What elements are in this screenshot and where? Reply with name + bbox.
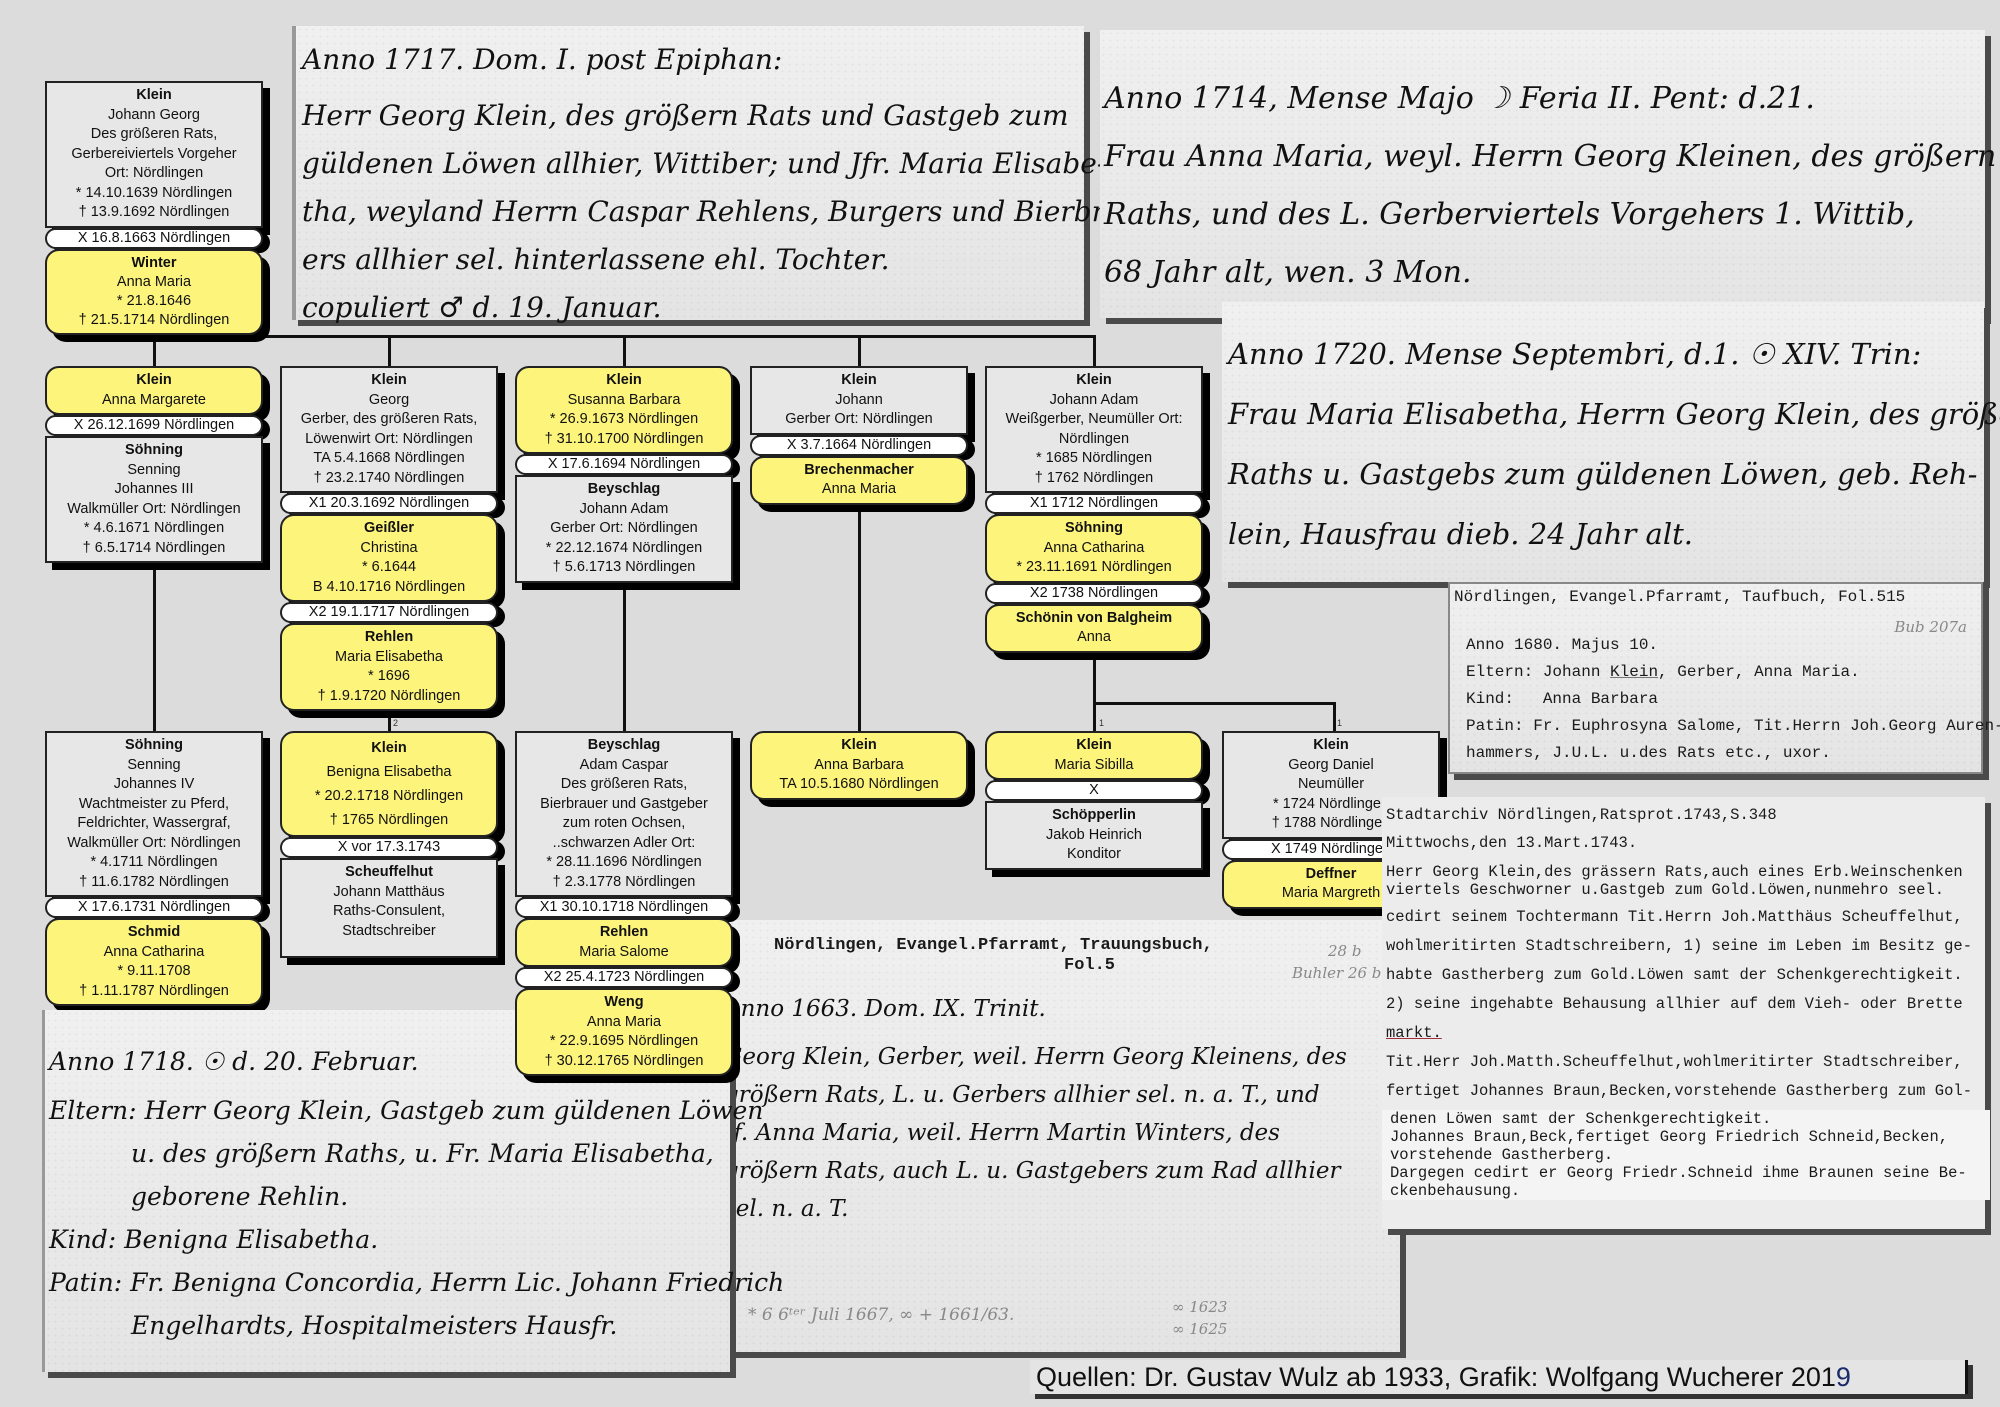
- doc-line: Frau Anna Maria, weyl. Herrn Georg Klein…: [1104, 128, 1996, 186]
- person-card[interactable]: Klein Georg Gerber, des größeren Rats, L…: [280, 366, 498, 493]
- doc-line: hammers, J.U.L. u.des Rats etc., uxor.: [1466, 740, 2000, 767]
- family-grandchild-4: Klein Anna Barbara TA 10.5.1680 Nördling…: [750, 731, 968, 800]
- surname: Schönin von Balgheim: [991, 609, 1197, 629]
- doc-line: Anno 1717. Dom. I. post Epiphan:: [302, 36, 1149, 84]
- family-grandchild-3: Beyschlag Adam Caspar Des größeren Rats,…: [515, 731, 733, 1076]
- doc-line: tha, weyland Herrn Caspar Rehlens, Burge…: [302, 188, 1149, 236]
- given-name: Johann: [756, 391, 962, 411]
- given-name: Johann Adam: [521, 500, 727, 520]
- detail: * 4.6.1671 Nördlingen: [51, 519, 257, 539]
- connector: [858, 490, 861, 733]
- doc-line: Kind: Anna Barbara: [1466, 686, 2000, 713]
- connector: [1333, 702, 1336, 733]
- detail: † 2.3.1778 Nördlingen: [521, 873, 727, 893]
- surname: Scheuffelhut: [286, 863, 492, 883]
- detail: † 30.12.1765 Nördlingen: [521, 1052, 727, 1072]
- doc-line: Raths, und des L. Gerberviertels Vorgehe…: [1104, 186, 1996, 244]
- doc-line: u. des größern Raths, u. Fr. Maria Elisa…: [49, 1132, 784, 1175]
- detail: Bierbrauer und Gastgeber: [521, 795, 727, 815]
- surname: Rehlen: [521, 923, 727, 943]
- given-name: Maria Sibilla: [991, 756, 1197, 776]
- doc-title: Nördlingen, Evangel.Pfarramt, Taufbuch, …: [1454, 588, 1905, 606]
- doc-line: wohlmeritirten Stadtschreibern, 1) seine…: [1386, 932, 1990, 961]
- person-card[interactable]: Söhning Anna Catharina * 23.11.1691 Nörd…: [985, 514, 1203, 583]
- doc-line: Mittwochs,den 13.Mart.1743.: [1386, 829, 1990, 857]
- given-name: Anna Margarete: [51, 391, 257, 411]
- person-card[interactable]: Klein Benigna Elisabetha * 20.2.1718 Nör…: [280, 731, 498, 837]
- doc-line: 68 Jahr alt, wen. 3 Mon.: [1104, 244, 1996, 302]
- surname: Klein: [991, 736, 1197, 756]
- detail: Konditor: [991, 845, 1197, 865]
- connector: [388, 335, 391, 367]
- detail: Wachtmeister zu Pferd,: [51, 795, 257, 815]
- doc-line: vorstehende Gastherberg.: [1390, 1146, 1990, 1164]
- doc-line: Eltern: Herr Georg Klein, Gastgeb zum gü…: [49, 1089, 784, 1132]
- doc-line: Herr Georg Klein,des grässern Rats,auch …: [1386, 863, 1990, 881]
- doc-title: Fol.5: [774, 956, 1213, 976]
- detail: ..schwarzen Adler Ort:: [521, 834, 727, 854]
- person-card[interactable]: Schönin von Balgheim Anna: [985, 604, 1203, 653]
- surname: Klein: [756, 736, 962, 756]
- detail: † 31.10.1700 Nördlingen: [521, 430, 727, 450]
- given-name: Anna Barbara: [756, 756, 962, 776]
- doc-line: Anno 1720. Mense Septembri, d.1. ☉ XIV. …: [1228, 324, 2000, 384]
- person-card[interactable]: Klein Susanna Barbara * 26.9.1673 Nördli…: [515, 366, 733, 454]
- person-card[interactable]: Söhning Senning Johannes III Walkmüller …: [45, 436, 263, 563]
- person-card[interactable]: Beyschlag Adam Caspar Des größeren Rats,…: [515, 731, 733, 897]
- detail: Johannes III: [51, 480, 257, 500]
- detail: Weißgerber, Neumüller Ort:: [991, 410, 1197, 430]
- doc-title: Nördlingen, Evangel.Pfarramt, Trauungsbu…: [774, 936, 1213, 956]
- detail: † 1762 Nördlingen: [991, 469, 1197, 489]
- doc-line: cedirt seinem Tochtermann Tit.Herrn Joh.…: [1386, 903, 1990, 932]
- marriage-pill: X1 30.10.1718 Nördlingen: [515, 897, 733, 918]
- detail: Gerbereiviertels Vorgeher: [51, 145, 257, 165]
- detail: Des größeren Rats,: [51, 125, 257, 145]
- surname: Klein: [51, 371, 257, 391]
- given-name: Maria Salome: [521, 943, 727, 963]
- surname: Klein: [521, 371, 727, 391]
- detail: * 26.9.1673 Nördlingen: [521, 410, 727, 430]
- surname: Klein: [51, 86, 257, 106]
- connector: [153, 548, 156, 733]
- given-name: Maria Elisabetha: [286, 648, 492, 668]
- surname: Söhning: [51, 441, 257, 461]
- connector: [1093, 702, 1333, 705]
- doc-line: habte Gastherberg zum Gold.Löwen samt de…: [1386, 961, 1990, 990]
- detail: * 22.12.1674 Nördlingen: [521, 539, 727, 559]
- detail: Stadtschreiber: [286, 922, 492, 942]
- detail: † 23.2.1740 Nördlingen: [286, 469, 492, 489]
- detail: * 23.11.1691 Nördlingen: [991, 558, 1197, 578]
- person-card[interactable]: Klein Johann Adam Weißgerber, Neumüller …: [985, 366, 1203, 493]
- connector: [623, 335, 626, 367]
- detail: Feldrichter, Wassergraf,: [51, 814, 257, 834]
- marriage-pill: X1 1712 Nördlingen: [985, 493, 1203, 514]
- surname: Schöpperlin: [991, 806, 1197, 826]
- detail: † 11.6.1782 Nördlingen: [51, 873, 257, 893]
- doc-line: copuliert ♂ d. 19. Januar.: [302, 284, 1149, 332]
- surname: Beyschlag: [521, 480, 727, 500]
- surname: Schmid: [51, 923, 257, 943]
- person-card[interactable]: Rehlen Maria Salome: [515, 918, 733, 967]
- doc-line: Stadtarchiv Nördlingen,Ratsprot.1743,S.3…: [1386, 801, 1990, 829]
- detail: Neumüller: [1228, 775, 1434, 795]
- document-burial-1720: Anno 1720. Mense Septembri, d.1. ☉ XIV. …: [1222, 302, 1984, 582]
- detail: † 1.9.1720 Nördlingen: [286, 687, 492, 707]
- credit-line: Quellen: Dr. Gustav Wulz ab 1933, Grafik…: [1030, 1360, 1968, 1394]
- marriage-pill: X 17.6.1731 Nördlingen: [45, 897, 263, 918]
- surname: Söhning: [991, 519, 1197, 539]
- marriage-pill: X2 25.4.1723 Nördlingen: [515, 967, 733, 988]
- person-card[interactable]: Söhning Senning Johannes IV Wachtmeister…: [45, 731, 263, 897]
- marriage-pill: X vor 17.3.1743: [280, 837, 498, 858]
- marriage-pill: X 26.12.1699 Nördlingen: [45, 415, 263, 436]
- detail: Walkmüller Ort: Nördlingen: [51, 500, 257, 520]
- detail: † 5.6.1713 Nördlingen: [521, 558, 727, 578]
- marriage-pill: X2 19.1.1717 Nördlingen: [280, 602, 498, 623]
- person-card[interactable]: Geißler Christina * 6.1644 B 4.10.1716 N…: [280, 514, 498, 602]
- person-card[interactable]: Brechenmacher Anna Maria: [750, 456, 968, 505]
- given-name: Georg: [286, 391, 492, 411]
- detail: † 21.5.1714 Nördlingen: [51, 311, 257, 330]
- doc-line: Anno 1680. Majus 10.: [1466, 632, 2000, 659]
- detail: * 28.11.1696 Nördlingen: [521, 853, 727, 873]
- surname: Geißler: [286, 519, 492, 539]
- detail: * 1685 Nördlingen: [991, 449, 1197, 469]
- detail: Gerber, des größeren Rats,: [286, 410, 492, 430]
- doc-line: größern Rats, L. u. Gerbers allhier sel.…: [724, 1076, 1347, 1114]
- doc-pencil-note: Buhler 26 b: [1292, 964, 1381, 982]
- marriage-pill: X: [985, 780, 1203, 801]
- given-name: Benigna Elisabetha: [286, 760, 492, 784]
- person-card[interactable]: Klein Johann Gerber Ort: Nördlingen: [750, 366, 968, 435]
- given-name: Anna Catharina: [51, 943, 257, 963]
- person-card[interactable]: Klein Maria Sibilla: [985, 731, 1203, 780]
- person-card[interactable]: Klein Anna Margarete: [45, 366, 263, 415]
- surname: Beyschlag: [521, 736, 727, 756]
- document-burial-1714: Anno 1714, Mense Majo ☽ Feria II. Pent: …: [1100, 30, 1985, 318]
- person-card[interactable]: Schmid Anna Catharina * 9.11.1708 † 1.11…: [45, 918, 263, 1006]
- family-grandchild-2: Klein Benigna Elisabetha * 20.2.1718 Nör…: [280, 731, 498, 958]
- surname: Klein: [991, 371, 1197, 391]
- given-name: Adam Caspar: [521, 756, 727, 776]
- doc-line: Engelhardts, Hospitalmeisters Hausfr.: [49, 1304, 784, 1347]
- given-name: Anna Maria: [756, 480, 962, 500]
- doc-line: denen Löwen samt der Schenkgerechtigkeit…: [1390, 1110, 1990, 1128]
- doc-line: Raths u. Gastgebs zum güldenen Löwen, ge…: [1228, 444, 2000, 504]
- given-name: Johann Georg: [51, 106, 257, 126]
- surname: Klein: [286, 736, 492, 760]
- detail: B 4.10.1716 Nördlingen: [286, 578, 492, 598]
- person-card[interactable]: Beyschlag Johann Adam Gerber Ort: Nördli…: [515, 475, 733, 583]
- surname: Brechenmacher: [756, 461, 962, 481]
- surname: Weng: [521, 993, 727, 1013]
- given-name: Susanna Barbara: [521, 391, 727, 411]
- doc-line: markt.: [1386, 1019, 1990, 1048]
- marriage-pill: X 3.7.1664 Nördlingen: [750, 435, 968, 456]
- document-marriage-1663: Nördlingen, Evangel.Pfarramt, Trauungsbu…: [722, 920, 1400, 1352]
- family-grandchild-1: Söhning Senning Johannes IV Wachtmeister…: [45, 731, 263, 1006]
- person-card[interactable]: Weng Anna Maria * 22.9.1695 Nördlingen †…: [515, 988, 733, 1076]
- doc-line: Patin: Fr. Benigna Concordia, Herrn Lic.…: [49, 1261, 784, 1304]
- given-name: Anna Maria: [521, 1013, 727, 1033]
- document-ratsprotokoll-1743: Stadtarchiv Nördlingen,Ratsprot.1743,S.3…: [1382, 797, 1985, 1229]
- doc-line: güldenen Löwen allhier, Wittiber; und Jf…: [302, 140, 1149, 188]
- credit-text: Quellen: Dr. Gustav Wulz ab 1933, Grafik…: [1036, 1362, 1836, 1392]
- marriage-pill: X1 20.3.1692 Nördlingen: [280, 493, 498, 514]
- child-number: 1: [1337, 718, 1342, 728]
- doc-line: fertiget Johannes Braun,Becken,vorstehen…: [1386, 1077, 1990, 1106]
- surname: Klein: [1228, 736, 1434, 756]
- family-child-1: Klein Anna Margarete X 26.12.1699 Nördli…: [45, 366, 263, 563]
- document-baptism-1680: Nördlingen, Evangel.Pfarramt, Taufbuch, …: [1448, 582, 1983, 774]
- detail: * 9.11.1708: [51, 962, 257, 982]
- child-number: 2: [393, 718, 398, 728]
- given-name: Anna Catharina: [991, 539, 1197, 559]
- surname: Klein: [756, 371, 962, 391]
- given-name: Johann Matthäus: [286, 883, 492, 903]
- given-name: Anna Maria: [51, 273, 257, 292]
- detail: * 20.2.1718 Nördlingen: [286, 784, 492, 808]
- person-card[interactable]: Klein Anna Barbara TA 10.5.1680 Nördling…: [750, 731, 968, 800]
- doc-line: Tit.Herr Joh.Matth.Scheuffelhut,wohlmeri…: [1386, 1048, 1990, 1077]
- child-number: 1: [1099, 718, 1104, 728]
- surname: Winter: [51, 254, 257, 273]
- doc-line: sel. n. a. T.: [724, 1190, 1347, 1228]
- detail: Gerber Ort: Nördlingen: [521, 519, 727, 539]
- connector: [1093, 335, 1096, 367]
- doc-line: Kind: Benigna Elisabetha.: [49, 1218, 784, 1261]
- detail: Gerber Ort: Nördlingen: [756, 410, 962, 430]
- given-name: Jakob Heinrich: [991, 826, 1197, 846]
- detail: Raths-Consulent,: [286, 902, 492, 922]
- doc-line: Frau Maria Elisabetha, Herrn Georg Klein…: [1228, 384, 2000, 444]
- family-child-3: Klein Susanna Barbara * 26.9.1673 Nördli…: [515, 366, 733, 583]
- doc-line: Anno 1663. Dom. IX. Trinit.: [724, 990, 1347, 1028]
- doc-line: Dargegen cedirt er Georg Friedr.Schneid …: [1390, 1164, 1990, 1182]
- detail: Walkmüller Ort: Nördlingen: [51, 834, 257, 854]
- family-child-5: Klein Johann Adam Weißgerber, Neumüller …: [985, 366, 1203, 653]
- detail: * 21.8.1646: [51, 292, 257, 311]
- doc-line: Georg Klein, Gerber, weil. Herrn Georg K…: [724, 1038, 1347, 1076]
- surname: Klein: [286, 371, 492, 391]
- marriage-pill: X 17.6.1694 Nördlingen: [515, 454, 733, 475]
- detail: * 1696: [286, 667, 492, 687]
- detail: zum roten Ochsen,: [521, 814, 727, 834]
- doc-line: ckenbehausung.: [1390, 1182, 1990, 1200]
- given-name: Georg Daniel: [1228, 756, 1434, 776]
- doc-line: Herr Georg Klein, des größern Rats und G…: [302, 92, 1149, 140]
- surname: Söhning: [51, 736, 257, 756]
- document-marriage-1717: Anno 1717. Dom. I. post Epiphan: Herr Ge…: [292, 26, 1084, 320]
- connector: [858, 335, 861, 367]
- marriage-pill: X 16.8.1663 Nördlingen: [45, 228, 263, 249]
- family-root: Klein Johann Georg Des größeren Rats, Ge…: [45, 81, 263, 335]
- surname: Rehlen: [286, 628, 492, 648]
- given-name: Senning: [51, 461, 257, 481]
- person-card[interactable]: Schöpperlin Jakob Heinrich Konditor: [985, 801, 1203, 870]
- connector: [623, 573, 626, 733]
- doc-pencil-line: * 6 6ᵗᵉʳ Juli 1667, ∞ + 1661/63.: [748, 1305, 1014, 1325]
- marriage-pill: X2 1738 Nördlingen: [985, 583, 1203, 604]
- doc-line: Johannes Braun,Beck,fertiget Georg Fried…: [1390, 1128, 1990, 1146]
- family-grandchild-5: Klein Maria Sibilla X Schöpperlin Jakob …: [985, 731, 1203, 870]
- detail: * 4.1711 Nördlingen: [51, 853, 257, 873]
- doc-pencil-note: ∞ 1623: [1172, 1296, 1227, 1318]
- person-card[interactable]: Klein Johann Georg Des größeren Rats, Ge…: [45, 81, 263, 228]
- doc-line: ers allhier sel. hinterlassene ehl. Toch…: [302, 236, 1149, 284]
- detail: TA 5.4.1668 Nördlingen: [286, 449, 492, 469]
- doc-line: größern Rats, auch L. u. Gastgebers zum …: [724, 1152, 1347, 1190]
- given-name: Senning: [51, 756, 257, 776]
- detail: † 1.11.1787 Nördlingen: [51, 982, 257, 1002]
- detail: † 6.5.1714 Nördlingen: [51, 539, 257, 559]
- person-card[interactable]: Winter Anna Maria * 21.8.1646 † 21.5.171…: [45, 249, 263, 335]
- detail: * 14.10.1639 Nördlingen: [51, 184, 257, 204]
- detail: † 1765 Nördlingen: [286, 808, 492, 832]
- given-name: Anna: [991, 628, 1197, 648]
- person-card[interactable]: Scheuffelhut Johann Matthäus Raths-Consu…: [280, 858, 498, 958]
- detail: * 22.9.1695 Nördlingen: [521, 1032, 727, 1052]
- doc-pencil-note: ∞ 1625: [1172, 1318, 1227, 1340]
- detail: † 13.9.1692 Nördlingen: [51, 203, 257, 223]
- detail: * 6.1644: [286, 558, 492, 578]
- doc-line: Patin: Fr. Euphrosyna Salome, Tit.Herrn …: [1466, 713, 2000, 740]
- family-child-2: Klein Georg Gerber, des größeren Rats, L…: [280, 366, 498, 711]
- doc-line: Eltern: Johann Klein, Gerber, Anna Maria…: [1466, 659, 2000, 686]
- doc-line: 2) seine ingehabte Behausung allhier auf…: [1386, 990, 1990, 1019]
- detail: TA 10.5.1680 Nördlingen: [756, 775, 962, 795]
- detail: Löwenwirt Ort: Nördlingen: [286, 430, 492, 450]
- credit-year-digit: 9: [1836, 1362, 1851, 1392]
- detail: Des größeren Rats,: [521, 775, 727, 795]
- doc-line: lein, Hausfrau dieb. 24 Jahr alt.: [1228, 504, 2000, 564]
- doc-line: Jf. Anna Maria, weil. Herrn Martin Winte…: [724, 1114, 1347, 1152]
- family-child-4: Klein Johann Gerber Ort: Nördlingen X 3.…: [750, 366, 968, 505]
- given-name: Christina: [286, 539, 492, 559]
- detail: Johannes IV: [51, 775, 257, 795]
- person-card[interactable]: Rehlen Maria Elisabetha * 1696 † 1.9.172…: [280, 623, 498, 711]
- doc-line: viertels Geschworner u.Gastgeb zum Gold.…: [1386, 881, 1990, 899]
- detail: Ort: Nördlingen: [51, 164, 257, 184]
- doc-line: geborene Rehlin.: [49, 1175, 784, 1218]
- given-name: Johann Adam: [991, 391, 1197, 411]
- doc-line: Anno 1714, Mense Majo ☽ Feria II. Pent: …: [1104, 70, 1996, 128]
- doc-pencil-note: 28 b: [1328, 942, 1361, 960]
- detail: Nördlingen: [991, 430, 1197, 450]
